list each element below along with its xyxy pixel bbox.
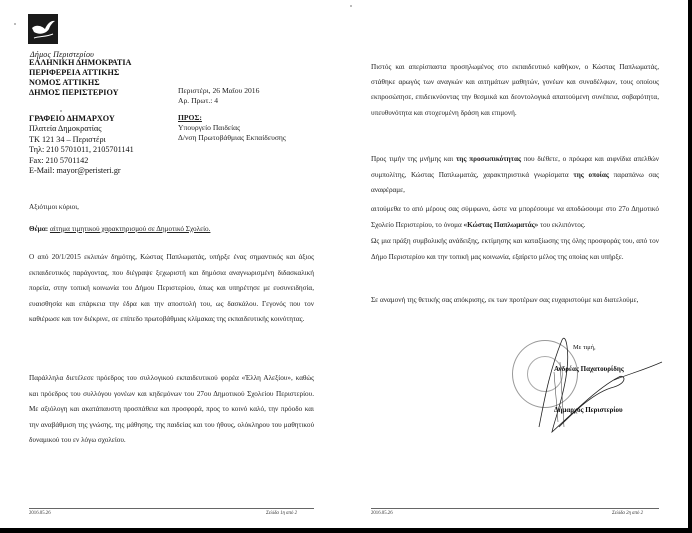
- letterhead: ΕΛΛΗΝΙΚΗ ΔΗΜΟΚΡΑΤΙΑ ΠΕΡΙΦΕΡΕΙΑ ΑΤΤΙΚΗΣ Ν…: [29, 58, 131, 98]
- page-1: Δήμος Περιστερίου ΕΛΛΗΝΙΚΗ ΔΗΜΟΚΡΑΤΙΑ ΠΕ…: [0, 0, 344, 528]
- scan-speck: [14, 23, 16, 25]
- body-paragraph: Ως μια πράξη συμβολικής ανάδειξης, εκτίμ…: [371, 234, 659, 265]
- footer-date: 2016.05.26: [29, 511, 51, 516]
- text-run-bold: της οποίας: [573, 171, 609, 179]
- office-title: ΓΡΑΦΕΙΟ ΔΗΜΑΡΧΟΥ: [29, 114, 134, 124]
- text-run-bold: της προσωπικότητας: [456, 155, 521, 163]
- letterhead-line: ΔΗΜΟΣ ΠΕΡΙΣΤΕΡΙΟΥ: [29, 88, 131, 98]
- letterhead-line: ΕΛΛΗΝΙΚΗ ΔΗΜΟΚΡΑΤΙΑ: [29, 58, 131, 68]
- salutation: Αξιότιμοι κύριοι,: [29, 203, 79, 211]
- scan-speck: [350, 5, 352, 7]
- office-postcode: ΤΚ 121 34 – Περιστέρι: [29, 135, 134, 145]
- body-paragraph: Προς τιμήν της μνήμης και της προσωπικότ…: [371, 152, 659, 199]
- subject-text: αίτημα τιμητικού χαρακτηρισμού σε Δημοτι…: [50, 225, 210, 233]
- office-fax: Fax: 210 5701142: [29, 156, 134, 166]
- protocol-number: Αρ. Πρωτ.: 4: [178, 96, 259, 106]
- body-paragraph: Σε αναμονή της θετικής σας απόκρισης, εκ…: [371, 293, 659, 309]
- letterhead-line: ΝΟΜΟΣ ΑΤΤΙΚΗΣ: [29, 78, 131, 88]
- scanned-document: Δήμος Περιστερίου ΕΛΛΗΝΙΚΗ ΔΗΜΟΚΡΑΤΙΑ ΠΕ…: [0, 0, 688, 528]
- page-2: Πιστός και απερίσπαστα προσηλωμένος στο …: [344, 0, 688, 528]
- signatory-role: Δήμαρχος Περιστερίου: [554, 406, 623, 414]
- date-line: Περιστέρι, 26 Μαΐου 2016: [178, 86, 259, 96]
- office-block: ΓΡΑΦΕΙΟ ΔΗΜΑΡΧΟΥ Πλατεία Δημοκρατίας ΤΚ …: [29, 114, 134, 176]
- footer-date: 2016.05.26: [371, 511, 393, 516]
- closing-greeting: Με τιμή,: [573, 344, 596, 351]
- text-run: του εκλιπόντος.: [538, 221, 585, 229]
- letterhead-line: ΠΕΡΙΦΕΡΕΙΑ ΑΤΤΙΚΗΣ: [29, 68, 131, 78]
- signatory-name: Ανδρέας Παχατουρίδης: [554, 365, 624, 373]
- text-run-bold: «Κώστας Παπλωματάς»: [464, 221, 539, 229]
- office-email: E-Mail: mayor@peristeri.gr: [29, 166, 134, 176]
- body-paragraph: Παράλληλα διετέλεσε πρόεδρος του συλλογι…: [29, 371, 314, 449]
- scan-speck: [60, 110, 62, 112]
- recipient-block: ΠΡΟΣ: Υπουργείο Παιδείας Δ/νση Πρωτοβάθμ…: [178, 113, 286, 143]
- footer-rule: [29, 508, 314, 509]
- subject-line: Θέμα: αίτημα τιμητικού χαρακτηρισμού σε …: [29, 225, 210, 233]
- recipient-label: ΠΡΟΣ:: [178, 113, 286, 123]
- date-block: Περιστέρι, 26 Μαΐου 2016 Αρ. Πρωτ.: 4: [178, 86, 259, 106]
- subject-label: Θέμα:: [29, 225, 48, 233]
- footer-page-number: Σελίδα 2η από 2: [612, 511, 643, 516]
- dove-icon: [28, 14, 58, 44]
- office-phone: Τηλ: 210 5701011, 2105701141: [29, 145, 134, 155]
- office-address: Πλατεία Δημοκρατίας: [29, 124, 134, 134]
- text-run: Προς τιμήν της μνήμης και: [371, 155, 456, 163]
- footer-rule: [371, 508, 659, 509]
- body-paragraph: Πιστός και απερίσπαστα προσηλωμένος στο …: [371, 60, 659, 121]
- recipient-line: Δ/νση Πρωτοβάθμιας Εκπαίδευσης: [178, 133, 286, 143]
- footer-page-number: Σελίδα 1η από 2: [266, 511, 297, 516]
- recipient-line: Υπουργείο Παιδείας: [178, 123, 286, 133]
- body-paragraph: Ο από 20/1/2015 εκλιπών δημότης, Κώστας …: [29, 250, 314, 328]
- body-paragraph: αιτούμεθα το από μέρους σας σύμφωνο, ώστ…: [371, 202, 659, 233]
